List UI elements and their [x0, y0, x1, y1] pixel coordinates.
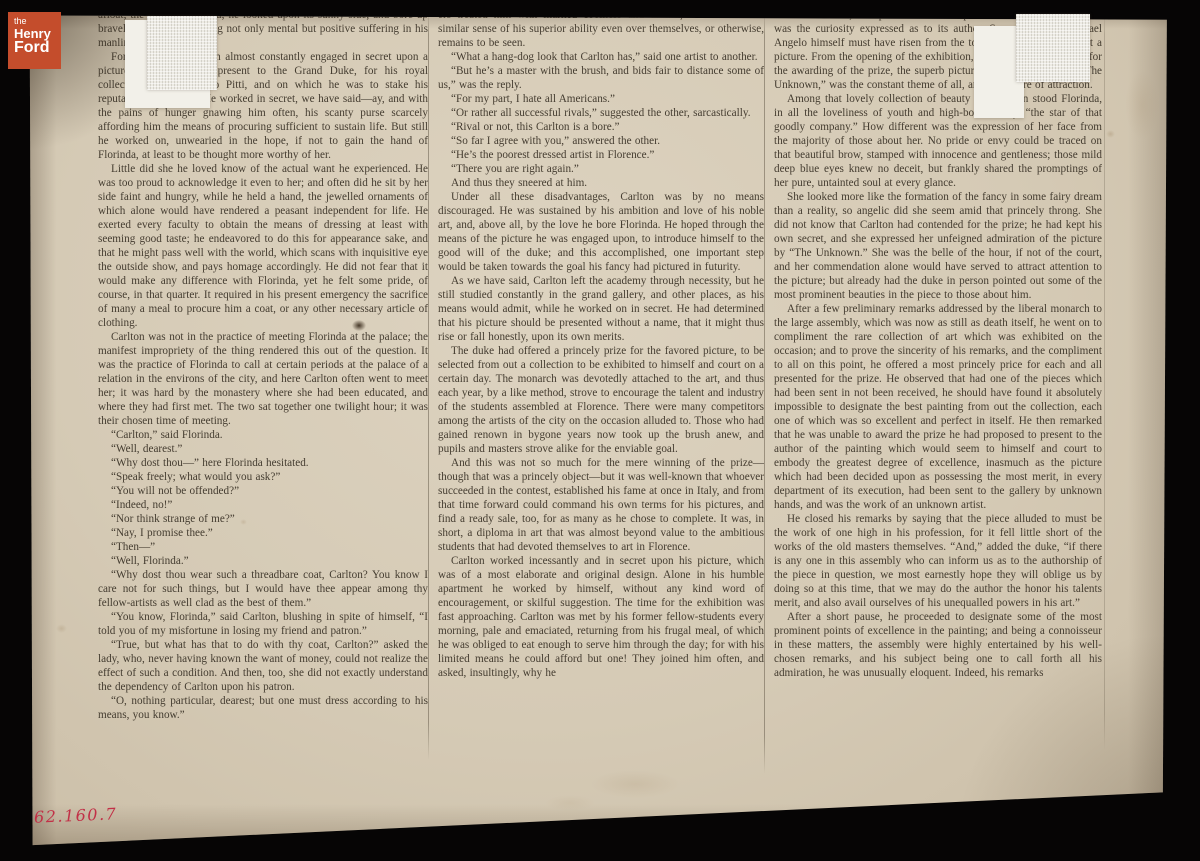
foxing-stain: [590, 770, 680, 798]
paragraph: “Rival or not, this Carlton is a bore.”: [438, 120, 764, 134]
foxing-stain: [977, 368, 985, 375]
paragraph: Among that lovely collection of beauty a…: [774, 92, 1102, 190]
paragraph: “You will not be offended?”: [98, 484, 428, 498]
paragraph: “There you are right again.”: [438, 162, 764, 176]
text-column-2: ers treated him with marked coolness and…: [438, 8, 764, 800]
paragraph: “Nor think strange of me?”: [98, 512, 428, 526]
logo-ford: Ford: [14, 40, 58, 56]
column-rule-left: [428, 12, 429, 760]
ink-blot: [352, 320, 366, 331]
paragraph: He closed his remarks by saying that the…: [774, 512, 1102, 610]
paragraph: “He’s the poorest dressed artist in Flor…: [438, 148, 764, 162]
paragraph: Little did she he loved know of the actu…: [98, 162, 428, 330]
foxing-stain: [56, 624, 67, 633]
catalog-number: 62.160.7: [34, 804, 118, 827]
foxing-stain: [545, 795, 595, 811]
paragraph: “True, but what has that to do with thy …: [98, 638, 428, 694]
text-column-1: afloat; the times were hard; he looked u…: [98, 8, 428, 800]
paragraph: “You know, Florinda,” said Carlton, blus…: [98, 610, 428, 638]
paragraph: The duke had offered a princely prize fo…: [438, 344, 764, 456]
paragraph: “Well, dearest.”: [98, 442, 428, 456]
paragraph: She looked more like the formation of th…: [774, 190, 1102, 302]
newspaper-clipping: afloat; the times were hard; he looked u…: [28, 8, 1168, 846]
foxing-stain: [1125, 70, 1159, 140]
text-column-3: fection of finish, was pronounced to sur…: [774, 8, 1102, 800]
foxing-stain: [240, 519, 247, 525]
paragraph: “But he’s a master with the brush, and b…: [438, 64, 764, 92]
paragraph: “Or rather all successful rivals,” sugge…: [438, 106, 764, 120]
column-rule-margin: [1104, 12, 1105, 750]
paragraph: ers treated him with marked coolness and…: [438, 8, 764, 50]
paragraph: “Why dost thou—” here Florinda hesitated…: [98, 456, 428, 470]
paragraph: After a short pause, he proceeded to des…: [774, 610, 1102, 680]
henry-ford-logo: the Henry Ford: [8, 12, 61, 69]
paragraph: “For my part, I hate all Americans.”: [438, 92, 764, 106]
paragraph: After a few preliminary remarks addresse…: [774, 302, 1102, 512]
scan-background: afloat; the times were hard; he looked u…: [0, 0, 1200, 861]
paragraph: “Well, Florinda.”: [98, 554, 428, 568]
paragraph: “Why dost thou wear such a threadbare co…: [98, 568, 428, 610]
paragraph: “So far I agree with you,” answered the …: [438, 134, 764, 148]
paragraph: As we have said, Carlton left the academ…: [438, 274, 764, 344]
paragraph: Carlton was not in the practice of meeti…: [98, 330, 428, 428]
tape-patch-top-right-weave: [1016, 14, 1090, 82]
paragraph: “Carlton,” said Florinda.: [98, 428, 428, 442]
paragraph: “Indeed, no!”: [98, 498, 428, 512]
paragraph: And thus they sneered at him.: [438, 176, 764, 190]
tape-patch-top-left-weave: [147, 16, 217, 90]
logo-the: the: [14, 17, 58, 26]
paragraph: “Speak freely; what would you ask?”: [98, 470, 428, 484]
paragraph: “Then—”: [98, 540, 428, 554]
paragraph: Carlton worked incessantly and in secret…: [438, 554, 764, 680]
paragraph: And this was not so much for the mere wi…: [438, 456, 764, 554]
column-rule-right: [764, 12, 765, 774]
paragraph: “What a hang-dog look that Carlton has,”…: [438, 50, 764, 64]
paragraph: Under all these disadvantages, Carlton w…: [438, 190, 764, 274]
paragraph: “Nay, I promise thee.”: [98, 526, 428, 540]
foxing-stain: [1106, 130, 1115, 138]
paragraph: “O, nothing particular, dearest; but one…: [98, 694, 428, 722]
